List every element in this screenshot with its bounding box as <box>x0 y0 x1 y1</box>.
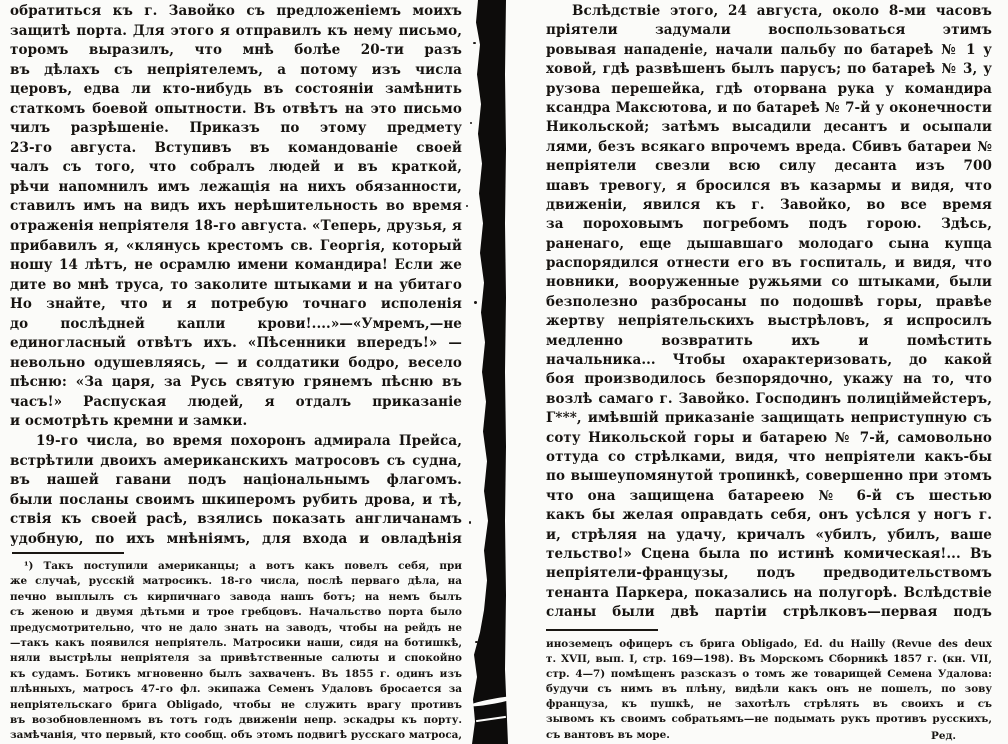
editor-signature: Ред. <box>931 730 956 742</box>
right-page-main-text: Вслѣдствіе этого, 24 августа, около 8-ми… <box>546 2 992 623</box>
text-line: сланы были двѣ партіи стрѣлковъ—первая п… <box>546 603 992 622</box>
text-line: оттуда со стрѣлками, видя, что непріятел… <box>546 448 992 467</box>
text-line: къ судамъ. Ботикъ мгновенно былъ захваче… <box>10 667 462 682</box>
text-line: ровывая нападеніе, начали пальбу по бата… <box>546 41 992 60</box>
text-line: ставилъ имъ на видъ ихъ нерѣшительность … <box>10 197 462 217</box>
text-line: рузова перешейка, гдѣ оторвана рука у ко… <box>546 80 992 99</box>
left-page-main-text: обратиться къ г. Завойко съ предложеніем… <box>10 2 462 549</box>
text-line: ношу 14 лѣтъ, не осрамлю имени командира… <box>10 256 462 276</box>
text-line: зывомъ къ своимъ собратьямъ—не подымать … <box>546 712 992 727</box>
text-line: француза, къ пушкѣ, не захотѣлъ стрѣлять… <box>546 697 992 712</box>
text-line: непріятели-французы, подъ предводительст… <box>546 564 992 583</box>
text-line: замѣчанія, что первый, кто сообщ. объ эт… <box>10 728 462 743</box>
text-line: съ женою и двумя дѣтьми и трое гребцовъ.… <box>10 605 462 620</box>
text-line: удобную, по ихъ мнѣніямъ, для входа и ов… <box>10 530 462 550</box>
text-line: 19-го числа, во время похоронъ адмирала … <box>10 432 462 452</box>
scan-speck <box>475 641 478 643</box>
text-line: движеніи, явился къ г. Завойко, во все в… <box>546 196 992 215</box>
text-line: непріятели свезли всю силу десанта изъ 7… <box>546 157 992 176</box>
text-line: няли выстрѣлы непріятеля за привѣтственн… <box>10 651 462 666</box>
text-line: т. XVII, вып. I, стр. 169—198). Въ Морск… <box>546 652 992 667</box>
text-line: встрѣтили двоихъ американскихъ матросовъ… <box>10 452 462 472</box>
text-line: боя производилось безпорядочно, укажу на… <box>546 370 992 389</box>
text-line: отраженія непріятеля 18-го августа. «Теп… <box>10 217 462 237</box>
right-page-footnote: Ред. иноземецъ офицеръ съ брига Obligado… <box>546 637 992 743</box>
scan-speck <box>474 301 477 304</box>
scan-speck <box>470 122 472 124</box>
text-line: Г***, имѣвшій приказаніе защищать неприс… <box>546 409 992 428</box>
text-line: плѣнныхъ, матросъ 47-го фл. экипажа Семе… <box>10 682 462 697</box>
text-line: распорядился отнести его въ госпиталь, и… <box>546 254 992 273</box>
text-line: непріятельскаго брига Obligado, чтобы не… <box>10 698 462 713</box>
text-line: церовъ, едва ли кто-нибудь въ состояніи … <box>10 80 462 100</box>
text-line: ксандра Максютова, и по батареѣ № 7-й у … <box>546 99 992 118</box>
page-gutter-shadow <box>472 0 508 744</box>
text-line: за пороховымъ погребомъ подъ горою. Здѣс… <box>546 215 992 234</box>
text-line: до послѣдней капли крови!....»—«Умремъ,—… <box>10 315 462 335</box>
text-line: шавъ тревогу, я бросился въ казармы и ви… <box>546 177 992 196</box>
text-line: ствія къ своей расѣ, взялись показать ан… <box>10 510 462 530</box>
text-line: стр. 4—7) помѣщенъ разсказъ о томъ же то… <box>546 667 992 682</box>
text-line: и, стрѣляя на удачу, кричалъ «убилъ, уби… <box>546 526 992 545</box>
text-line: раненаго, еще дышавшаго молодаго сына ку… <box>546 235 992 254</box>
text-line: по вышеупомянутой тропинкѣ, совершенно п… <box>546 467 992 486</box>
text-line: иноземецъ офицеръ съ брига Obligado, Ed.… <box>546 637 992 652</box>
text-line: прибавилъ я, «клянусь крестомъ св. Георг… <box>10 237 462 257</box>
scan-speck <box>473 42 476 44</box>
text-line: безполезно разбросаны по подошвѣ горы, п… <box>546 293 992 312</box>
text-line: начальника... Чтобы охарактеризовать, до… <box>546 351 992 370</box>
text-line: въ нашей гавани подъ національнымъ флаго… <box>10 471 462 491</box>
text-line: лями, безъ всякаго впрочемъ вреда. Сбивъ… <box>546 138 992 157</box>
text-line: новники, вооруженные ружьями со штыками,… <box>546 273 992 292</box>
text-line: съ вантовъ въ море. <box>546 728 992 743</box>
text-line: въ дѣлахъ съ непріятелемъ, а потому изъ … <box>10 61 462 81</box>
text-line: часъ!» Распуская людей, я отдалъ приказа… <box>10 393 462 413</box>
text-line: торомъ выразилъ, что мнѣ болѣе 20-ти раз… <box>10 41 462 61</box>
text-line: пріятели задумали воспользоваться этимъ … <box>546 21 992 40</box>
text-line: дите во мнѣ труса, то заколите штыками и… <box>10 276 462 296</box>
text-line: 23-го августа. Вступивъ въ командованіе … <box>10 139 462 159</box>
text-line: же случаѣ, русскій матросикъ. 18-го числ… <box>10 574 462 589</box>
scan-speck <box>466 205 468 207</box>
text-line: ховой, гдѣ развѣшенъ былъ парусъ; по бат… <box>546 60 992 79</box>
left-footnote-rule <box>12 552 124 554</box>
text-line: возлѣ самаго г. Завойко. Господинъ полиц… <box>546 390 992 409</box>
text-line: что она защищена батареею № 6-й съ шесть… <box>546 487 992 506</box>
text-line: единогласный отвѣтъ ихъ. «Пѣсенники впер… <box>10 334 462 354</box>
text-line: предусмотрительно, что не дало знать на … <box>10 621 462 636</box>
text-line: Но знайте, что и я потребую точнаго испо… <box>10 295 462 315</box>
text-line: ¹) Такъ поступили американцы; а вотъ как… <box>10 559 462 574</box>
scanned-book-spread: { "left_page": { "main_lines": [ "обрати… <box>0 0 1008 744</box>
right-footnote-rule <box>546 629 658 631</box>
left-page-footnote: ¹) Такъ поступили американцы; а вотъ как… <box>10 559 462 744</box>
text-line: будучи съ нимъ въ плѣну, видѣли какъ онъ… <box>546 682 992 697</box>
text-line: невольно одушевляясь, — и солдатики бодр… <box>10 354 462 374</box>
text-line: медленно возвратить ихъ и помѣстить тѣло… <box>546 332 992 351</box>
text-line: жертву непріятельскихъ выстрѣловъ, я исп… <box>546 312 992 331</box>
text-line: тенанта Паркера, показались на полугорѣ.… <box>546 584 992 603</box>
text-line: обратиться къ г. Завойко съ предложеніем… <box>10 2 462 22</box>
text-line: въ возобновленномъ въ тотъ годъ движеніи… <box>10 713 462 728</box>
text-line: тельство!» Сцена была по истинѣ комическ… <box>546 545 992 564</box>
text-line: печно выплылъ съ кирпичнаго завода нашъ … <box>10 590 462 605</box>
text-line: защитѣ порта. Для этого я отправилъ къ н… <box>10 22 462 42</box>
text-line: соту Никольской горы и батарею № 7-й, са… <box>546 429 992 448</box>
scan-speck <box>469 521 471 524</box>
text-line: рѣчи напомнилъ имъ лежащія на нихъ обяза… <box>10 178 462 198</box>
text-line: пѣсню: «За царя, за Русь святую грянемъ … <box>10 373 462 393</box>
text-line: чалъ съ того, что собралъ людей и въ кра… <box>10 158 462 178</box>
text-line: и осмотрѣть кремни и замки. <box>10 412 462 432</box>
text-line: были посланы своимъ шкиперомъ рубить дро… <box>10 491 462 511</box>
text-line: статкомъ боевой опытности. Въ отвѣтъ на … <box>10 100 462 120</box>
text-line: Никольской; затѣмъ высадили десантъ и ос… <box>546 118 992 137</box>
text-line: какъ бы желая оправдать себя, онъ усѣлся… <box>546 506 992 525</box>
text-line: Вслѣдствіе этого, 24 августа, около 8-ми… <box>546 2 992 21</box>
text-line: чилъ разрѣшеніе. Приказъ по этому предме… <box>10 119 462 139</box>
text-line: —такъ какъ появился непріятель. Матросик… <box>10 636 462 651</box>
